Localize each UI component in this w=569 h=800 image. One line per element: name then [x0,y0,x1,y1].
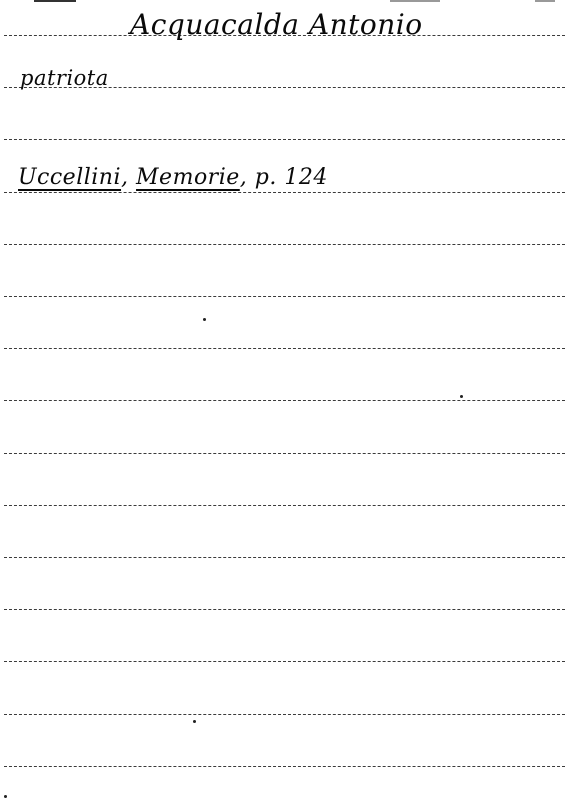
top-edge-mark [34,0,76,2]
bibliographic-reference: Uccellini, Memorie, p. 124 [18,165,328,190]
ruled-line [4,348,565,349]
occupation: patriota [20,66,109,90]
reference-author: Uccellini [18,165,121,190]
ruled-line [4,192,565,193]
ink-speck [460,395,463,398]
ruled-line [4,661,565,662]
ruled-line [4,505,565,506]
reference-separator: , [240,165,255,190]
ruled-line [4,296,565,297]
index-card: Acquacalda Antonio patriota Uccellini, M… [0,0,569,800]
ink-speck [193,720,196,723]
ruled-line [4,453,565,454]
ink-speck [203,318,206,321]
person-name: Acquacalda Antonio [130,8,423,41]
ink-speck [4,795,7,798]
ruled-line [4,766,565,767]
ruled-line [4,557,565,558]
ruled-line [4,714,565,715]
top-edge-mark [535,0,555,2]
reference-separator: , [121,165,136,190]
ruled-line [4,609,565,610]
ruled-line [4,244,565,245]
reference-work: Memorie [136,165,240,190]
ruled-line [4,400,565,401]
reference-page: p. 124 [255,165,328,190]
ruled-line [4,139,565,140]
top-edge-mark [390,0,440,2]
